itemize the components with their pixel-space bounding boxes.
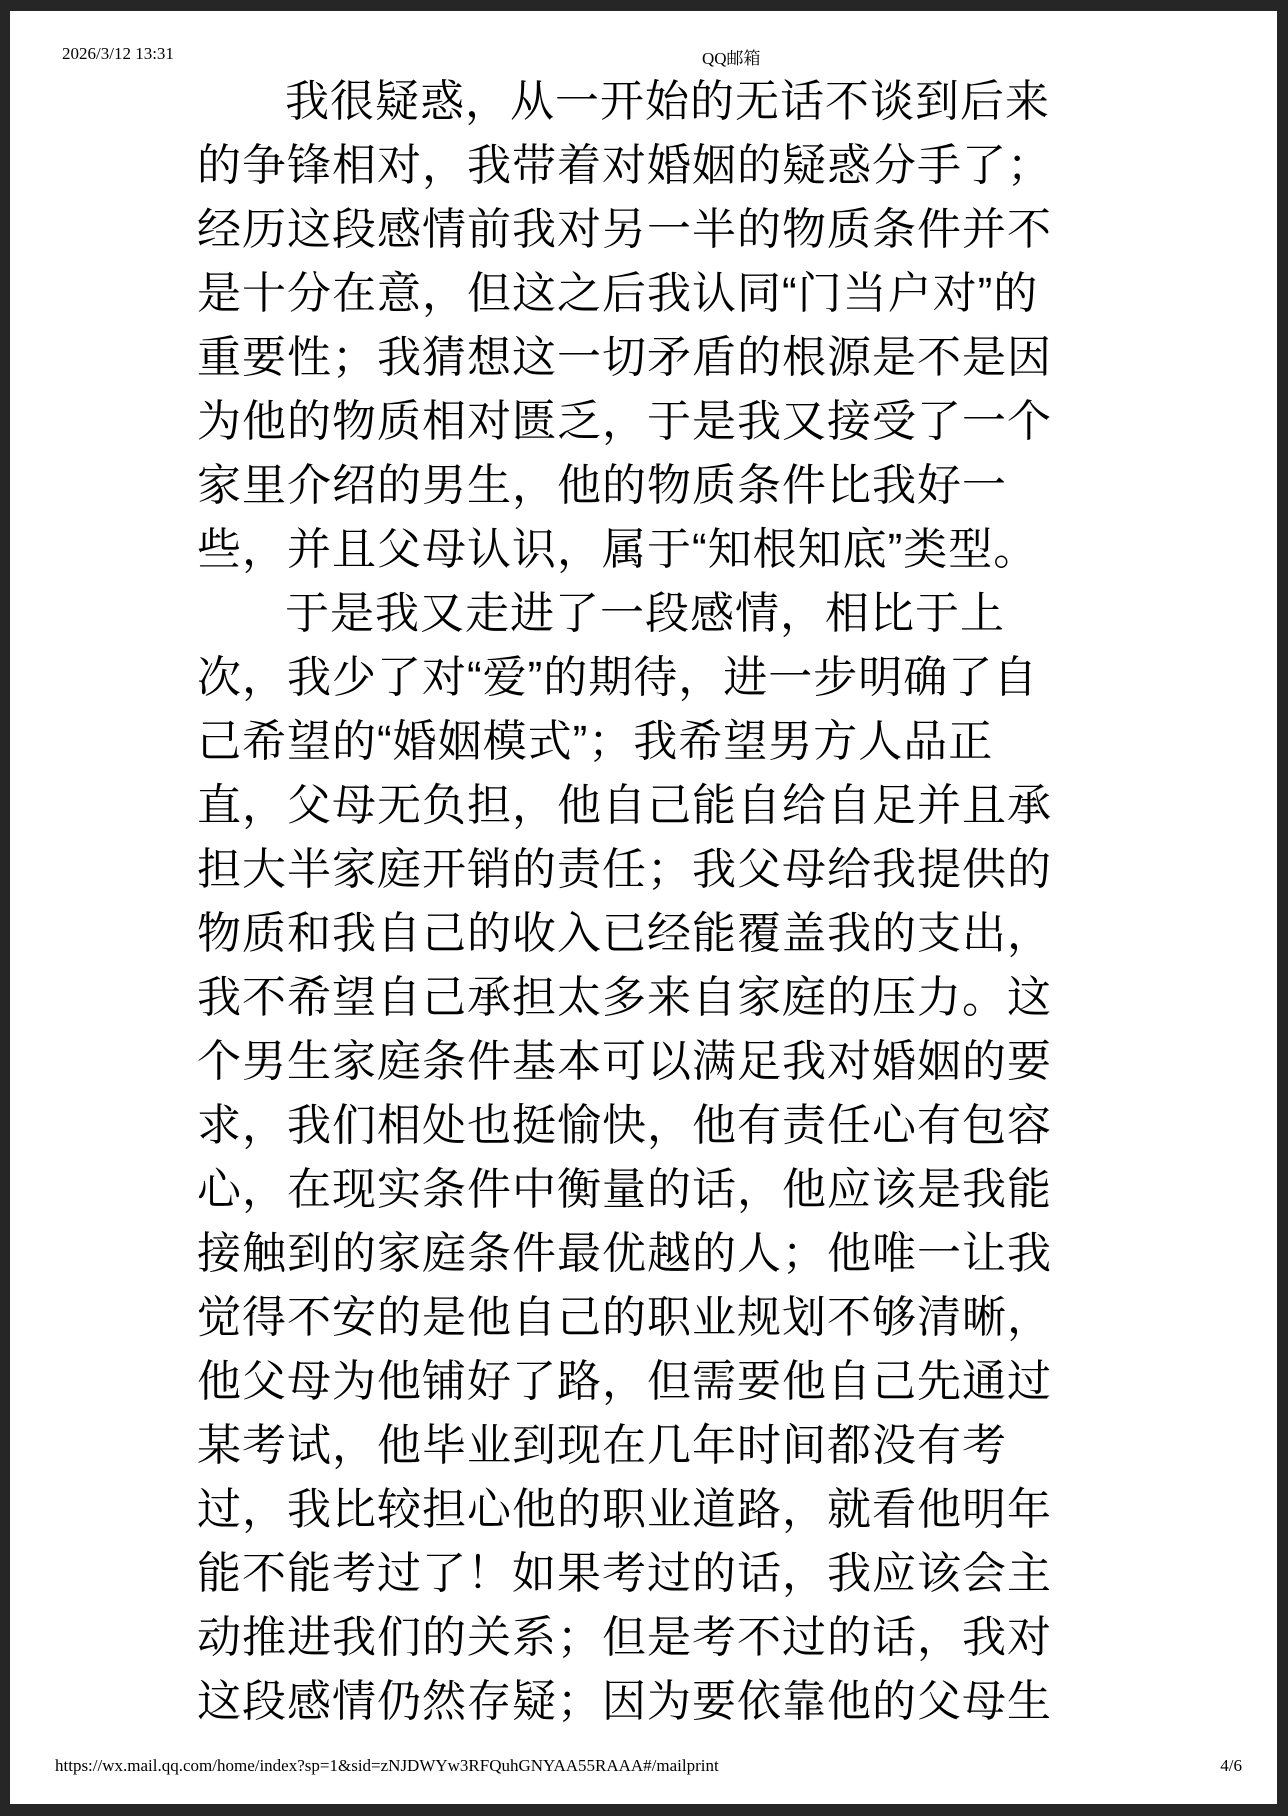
print-page: 2026/3/12 13:31 QQ邮箱 我很疑惑，从一开始的无话不谈到后来 的… <box>10 11 1277 1804</box>
page-number: 4/6 <box>1220 1756 1242 1776</box>
page-footer: https://wx.mail.qq.com/home/index?sp=1&s… <box>55 1756 1242 1776</box>
print-url: https://wx.mail.qq.com/home/index?sp=1&s… <box>55 1756 719 1776</box>
print-title: QQ邮箱 <box>702 44 761 69</box>
email-body: 我很疑惑，从一开始的无话不谈到后来 的争锋相对，我带着对婚姻的疑惑分手了； 经历… <box>197 70 1097 1734</box>
email-paragraph-2: 于是我又走进了一段感情，相比于上 次，我少了对“爱”的期待，进一步明确了自 己希… <box>197 582 1097 1734</box>
print-timestamp: 2026/3/12 13:31 <box>62 44 174 64</box>
print-preview-background: 2026/3/12 13:31 QQ邮箱 我很疑惑，从一开始的无话不谈到后来 的… <box>0 0 1288 1816</box>
email-paragraph-1: 我很疑惑，从一开始的无话不谈到后来 的争锋相对，我带着对婚姻的疑惑分手了； 经历… <box>197 70 1097 582</box>
